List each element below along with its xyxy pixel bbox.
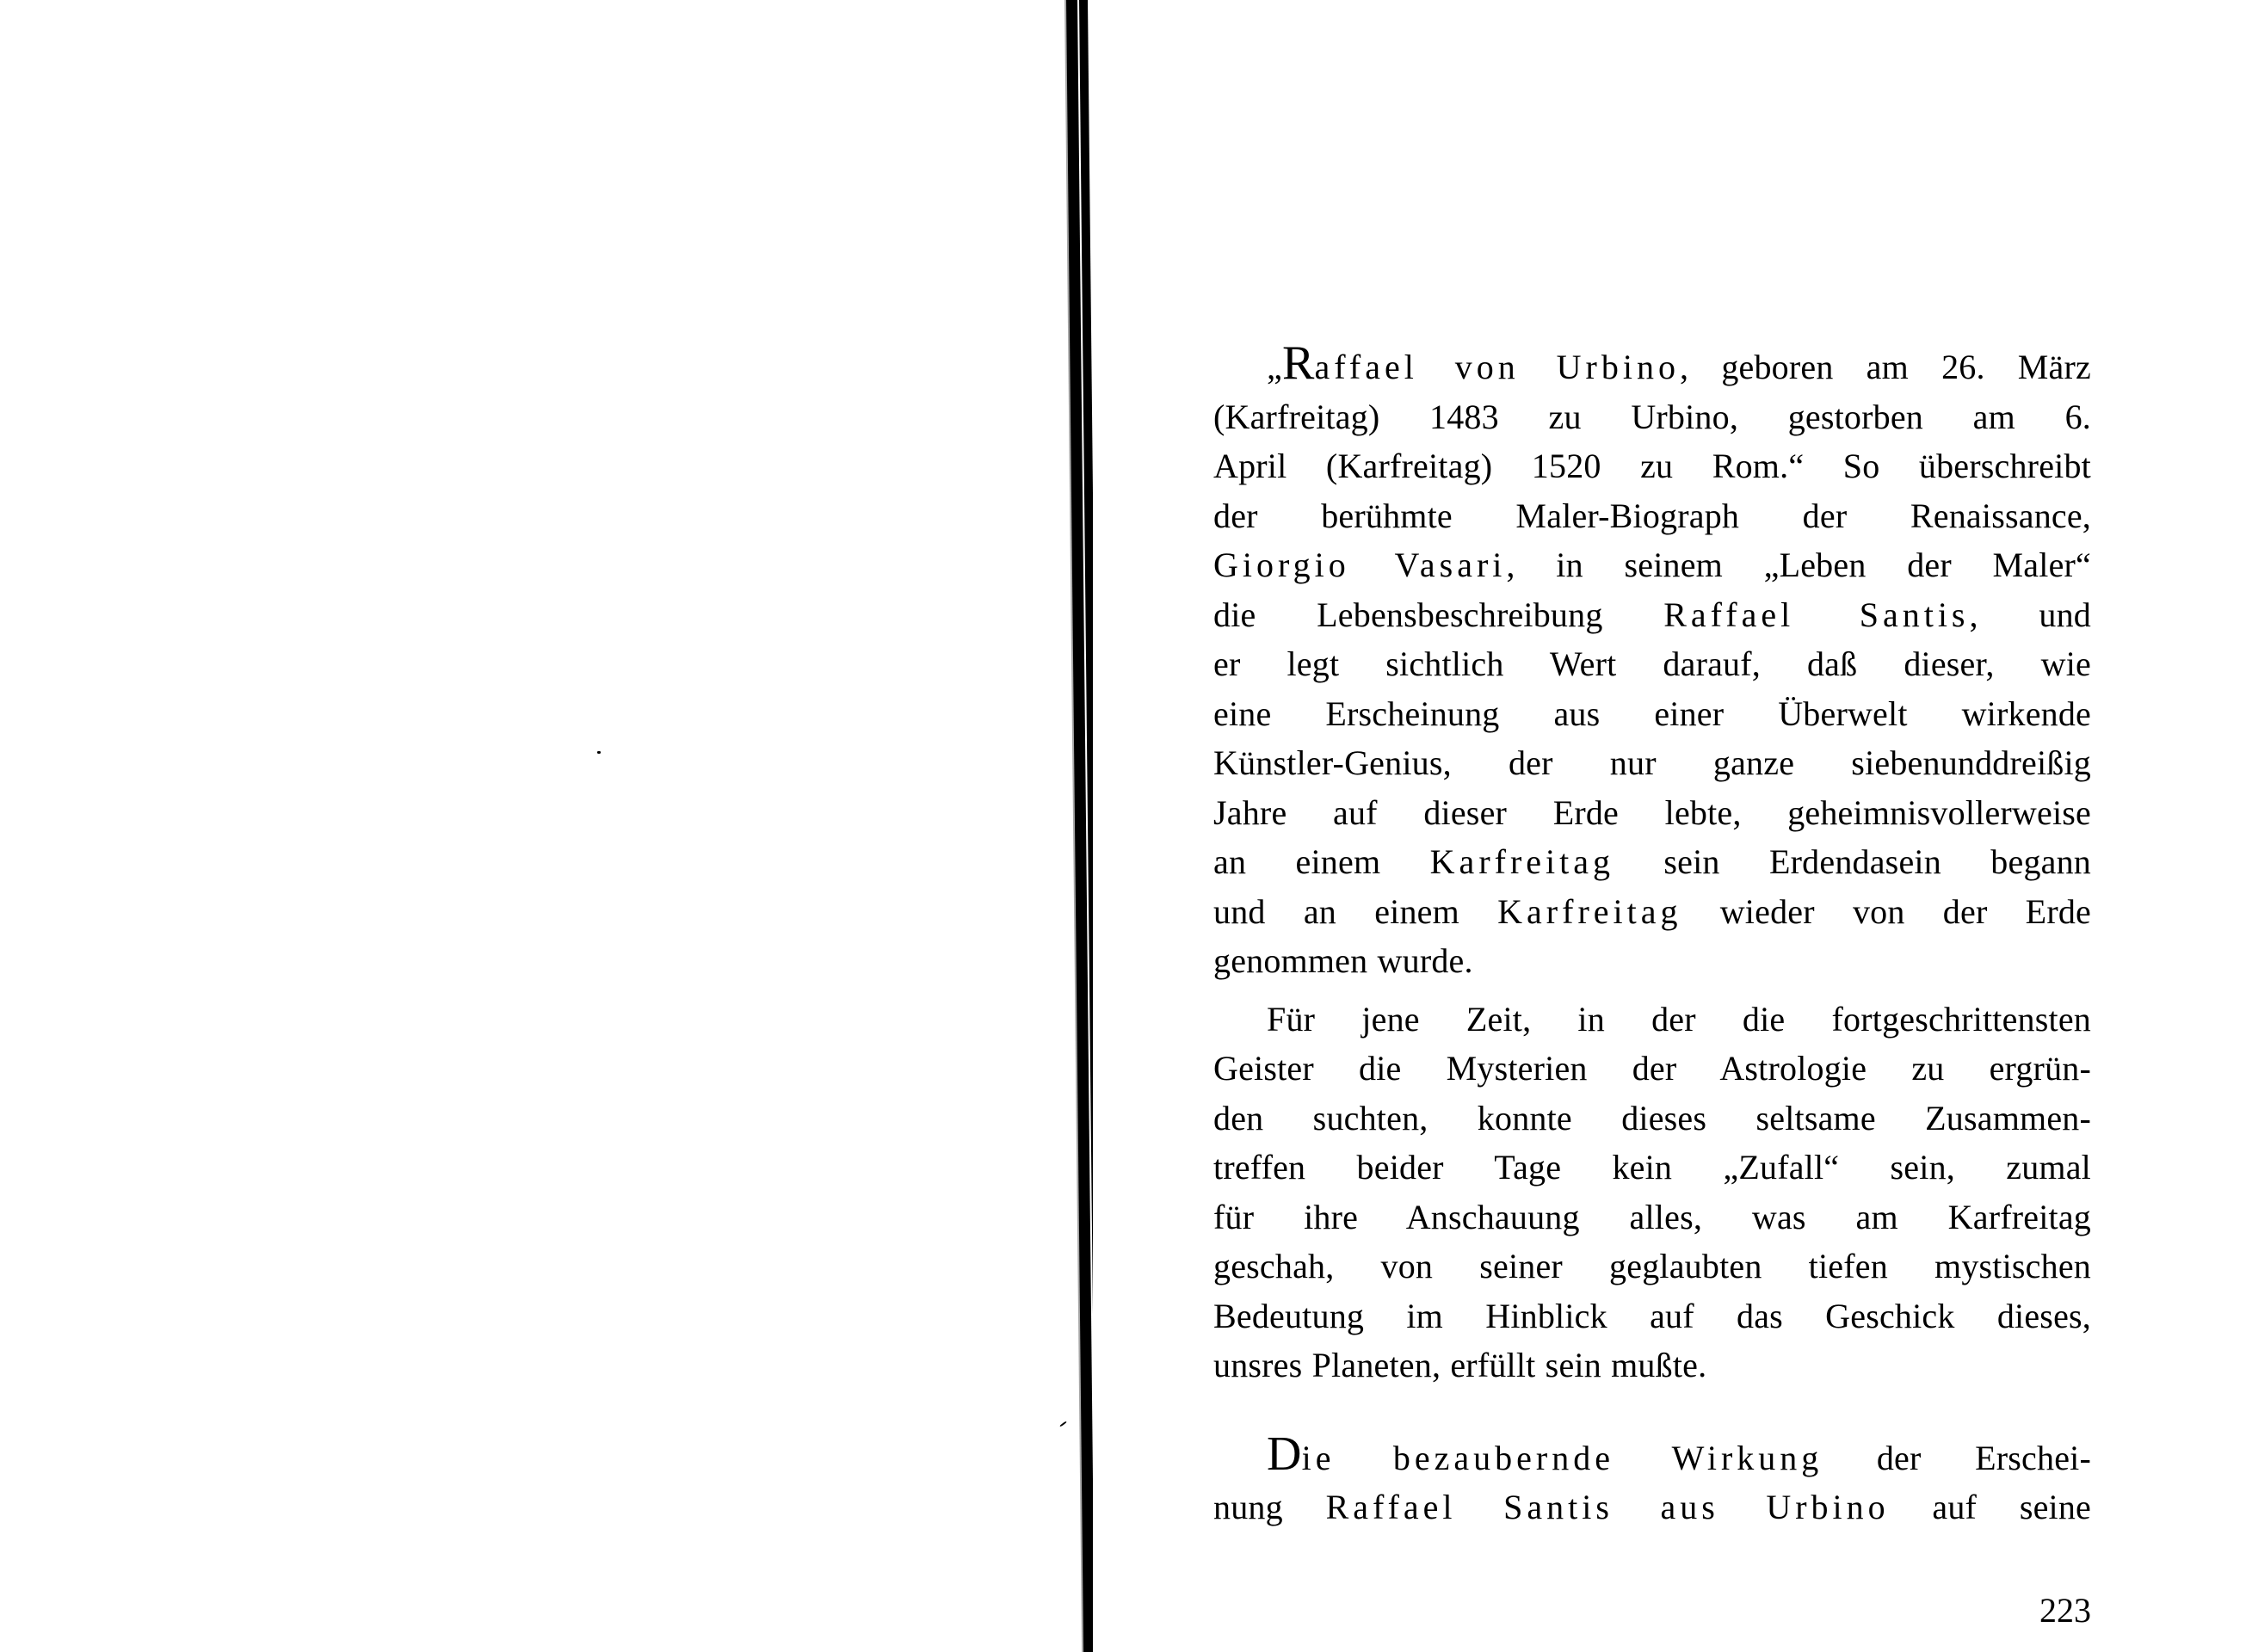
spaced-emphasis: ie bezaubernde Wirkung — [1302, 1439, 1823, 1477]
paragraph-1: „Raffael von Urbino, geboren am 26. März… — [1213, 342, 2091, 986]
paragraph-2: Für jene Zeit, in der die fortgeschritte… — [1213, 995, 2091, 1390]
text-line: April (Karfreitag) 1520 zu Rom.“ So über… — [1213, 441, 2091, 491]
spaced-emphasis: Raffael Santis aus Urbino — [1326, 1488, 1890, 1526]
text-line: und an einem Karfreitag wieder von der E… — [1213, 887, 2091, 937]
drop-initial: D — [1267, 1427, 1302, 1481]
text-line: Bedeutung im Hinblick auf das Geschick d… — [1213, 1291, 2091, 1341]
text-line: Künstler-Genius, der nur ganze siebenund… — [1213, 738, 2091, 788]
text-line: Jahre auf dieser Erde lebte, geheimnisvo… — [1213, 788, 2091, 838]
text-line: an einem Karfreitag sein Erdendasein beg… — [1213, 837, 2091, 887]
text-run: der Erschei- — [1823, 1439, 2091, 1477]
text-run: , und — [1970, 595, 2092, 634]
text-line: Geister die Mysterien der Astrologie zu … — [1213, 1044, 2091, 1094]
text-run: , in seinem „Leben der Maler“ — [1506, 546, 2091, 584]
text-run: und an einem — [1213, 892, 1497, 931]
text-run: , geboren am 26. März — [1680, 348, 2091, 386]
text-line: der berühmte Maler-Biograph der Renaissa… — [1213, 491, 2091, 541]
text-line: den suchten, konnte dieses seltsame Zusa… — [1213, 1094, 2091, 1143]
text-line: geschah, von seiner geglaubten tiefen my… — [1213, 1242, 2091, 1291]
text-line: die Lebensbeschreibung Raffael Santis, u… — [1213, 590, 2091, 640]
text-line: genommen wurde. — [1213, 936, 2091, 986]
text-line: eine Erscheinung aus einer Überwelt wirk… — [1213, 689, 2091, 739]
spaced-emphasis: Raffael Santis — [1663, 595, 1969, 634]
text-line: „Raffael von Urbino, geboren am 26. März — [1213, 342, 2091, 392]
text-run: die Lebensbeschreibung — [1213, 595, 1663, 634]
opening-quote: „ — [1267, 348, 1282, 386]
text-line: Für jene Zeit, in der die fortgeschritte… — [1213, 995, 2091, 1045]
text-line: er legt sichtlich Wert darauf, daß diese… — [1213, 639, 2091, 689]
text-line: nung Raffael Santis aus Urbino auf seine — [1213, 1482, 2091, 1532]
spaced-emphasis: Karfreitag — [1497, 892, 1681, 931]
drop-initial: R — [1282, 336, 1315, 390]
spaced-emphasis: affael von Urbino — [1315, 348, 1680, 386]
left-page-blank — [0, 0, 1063, 1652]
text-run: an einem — [1213, 842, 1430, 881]
paragraph-3-section-start: Die bezaubernde Wirkung der Erschei- nun… — [1213, 1433, 2091, 1532]
text-line: (Karfreitag) 1483 zu Urbino, gestorben a… — [1213, 392, 2091, 442]
text-run: wieder von der Erde — [1682, 892, 2092, 931]
body-text: „Raffael von Urbino, geboren am 26. März… — [1213, 342, 2091, 1532]
spaced-emphasis: Giorgio Vasari — [1213, 546, 1506, 584]
text-line: Giorgio Vasari, in seinem „Leben der Mal… — [1213, 540, 2091, 590]
text-run: sein Erdendasein begann — [1614, 842, 2091, 881]
page-number: 223 — [2039, 1592, 2089, 1630]
paper-speck — [597, 751, 601, 754]
text-line: für ihre Anschauung alles, was am Karfre… — [1213, 1193, 2091, 1242]
spaced-emphasis: Karfreitag — [1430, 842, 1614, 881]
text-line: unsres Planeten, erfüllt sein mußte. — [1213, 1341, 2091, 1390]
text-line: Die bezaubernde Wirkung der Erschei- — [1213, 1433, 2091, 1483]
text-line: treffen beider Tage kein „Zufall“ sein, … — [1213, 1143, 2091, 1193]
text-run: nung — [1213, 1488, 1326, 1526]
text-run: auf seine — [1890, 1488, 2091, 1526]
